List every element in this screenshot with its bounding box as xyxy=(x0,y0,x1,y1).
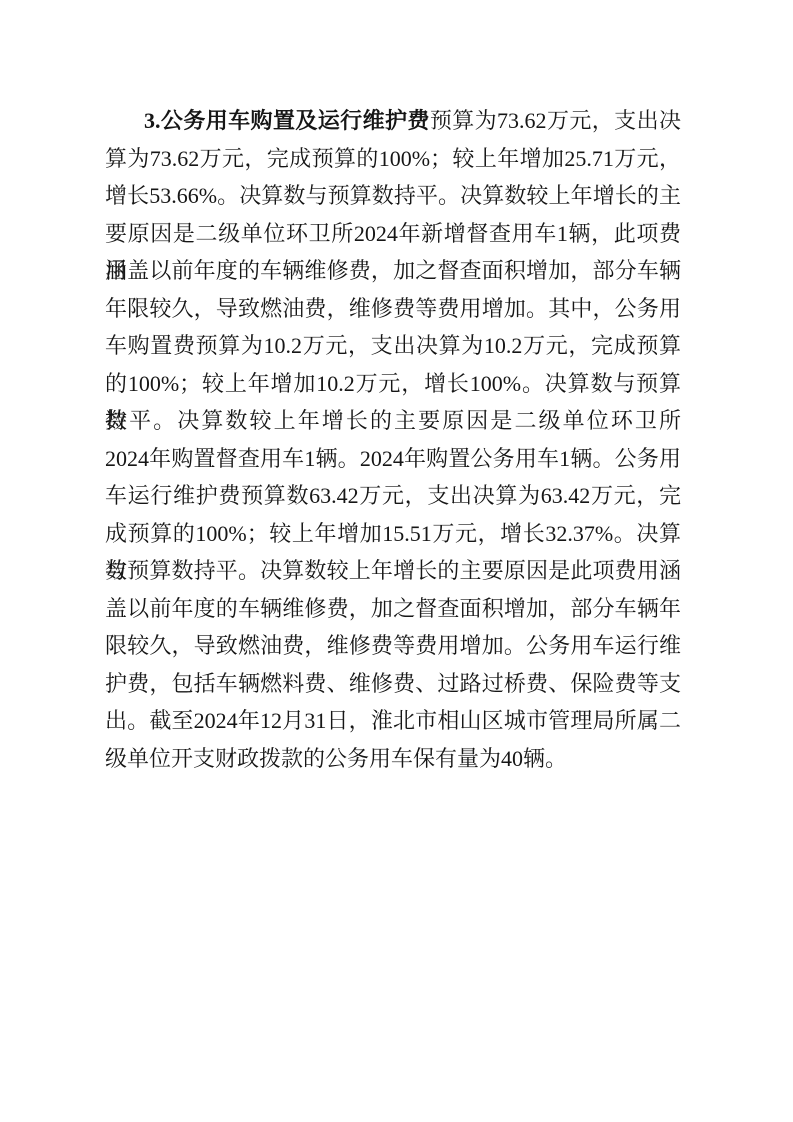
text-line: 持平。决算数较上年增长的主要原因是二级单位环卫所 xyxy=(105,402,681,440)
text-line: 涵盖以前年度的车辆维修费，加之督查面积增加，部分车辆 xyxy=(105,252,681,290)
text-line: 车运行维护费预算数63.42万元，支出决算为63.42万元，完 xyxy=(105,477,681,515)
body-text: 2024年购置督查用车1辆。2024年购置公务用车1辆。公务用 xyxy=(105,446,681,471)
text-line: 盖以前年度的车辆维修费，加之督查面积增加，部分车辆年 xyxy=(105,590,681,628)
body-text: 年限较久，导致燃油费，维修费等费用增加。其中，公务用 xyxy=(105,296,681,321)
body-text: 预算为73.62万元，支出决 xyxy=(430,108,681,133)
section-heading: 3.公务用车购置及运行维护费 xyxy=(144,108,430,133)
text-line: 级单位开支财政拨款的公务用车保有量为40辆。 xyxy=(105,740,681,778)
text-line: 算为73.62万元，完成预算的100%；较上年增加25.71万元， xyxy=(105,140,681,178)
body-text: 涵盖以前年度的车辆维修费，加之督查面积增加，部分车辆 xyxy=(105,258,681,283)
body-text: 增长53.66%。决算数与预算数持平。决算数较上年增长的主 xyxy=(105,183,681,208)
text-line: 成预算的100%；较上年增加15.51万元，增长32.37%。决算数 xyxy=(105,515,681,553)
body-text: 车购置费预算为10.2万元，支出决算为10.2万元，完成预算 xyxy=(105,333,681,358)
body-text: 持平。决算数较上年增长的主要原因是二级单位环卫所 xyxy=(105,408,681,433)
body-text: 盖以前年度的车辆维修费，加之督查面积增加，部分车辆年 xyxy=(105,596,681,621)
body-text: 级单位开支财政拨款的公务用车保有量为40辆。 xyxy=(105,746,567,771)
text-line: 护费，包括车辆燃料费、维修费、过路过桥费、保险费等支 xyxy=(105,665,681,703)
body-text: 车运行维护费预算数63.42万元，支出决算为63.42万元，完 xyxy=(105,483,681,508)
text-line: 出。截至2024年12月31日，淮北市相山区城市管理局所属二 xyxy=(105,702,681,740)
text-line: 要原因是二级单位环卫所2024年新增督查用车1辆，此项费用 xyxy=(105,215,681,253)
body-text: 出。截至2024年12月31日，淮北市相山区城市管理局所属二 xyxy=(105,708,681,733)
body-text: 限较久，导致燃油费，维修费等费用增加。公务用车运行维 xyxy=(105,633,681,658)
text-line: 限较久，导致燃油费，维修费等费用增加。公务用车运行维 xyxy=(105,627,681,665)
text-line: 与预算数持平。决算数较上年增长的主要原因是此项费用涵 xyxy=(105,552,681,590)
text-line: 车购置费预算为10.2万元，支出决算为10.2万元，完成预算 xyxy=(105,327,681,365)
body-text: 护费，包括车辆燃料费、维修费、过路过桥费、保险费等支 xyxy=(105,671,681,696)
text-line: 的100%；较上年增加10.2万元，增长100%。决算数与预算数 xyxy=(105,365,681,403)
text-line: 增长53.66%。决算数与预算数持平。决算数较上年增长的主 xyxy=(105,177,681,215)
body-text: 与预算数持平。决算数较上年增长的主要原因是此项费用涵 xyxy=(105,558,681,583)
document-page: 3.公务用车购置及运行维护费预算为73.62万元，支出决算为73.62万元，完成… xyxy=(0,0,793,1122)
text-line: 2024年购置督查用车1辆。2024年购置公务用车1辆。公务用 xyxy=(105,440,681,478)
document-paragraph: 3.公务用车购置及运行维护费预算为73.62万元，支出决算为73.62万元，完成… xyxy=(105,102,681,777)
text-line: 3.公务用车购置及运行维护费预算为73.62万元，支出决 xyxy=(105,102,681,140)
text-line: 年限较久，导致燃油费，维修费等费用增加。其中，公务用 xyxy=(105,290,681,328)
body-text: 算为73.62万元，完成预算的100%；较上年增加25.71万元， xyxy=(105,146,681,171)
